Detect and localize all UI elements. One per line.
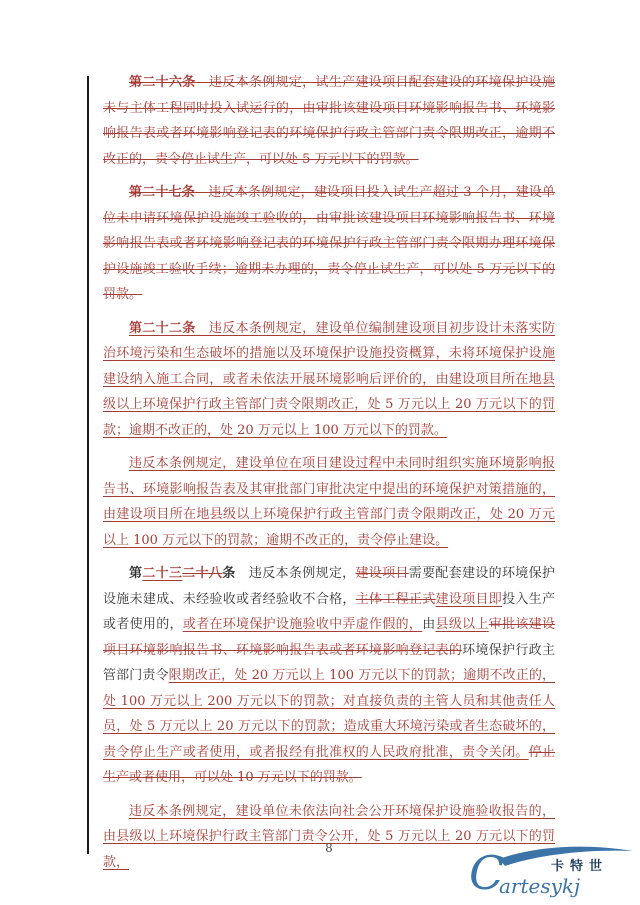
text-run: 县级以上 bbox=[436, 617, 489, 632]
text-run: 违反本条例规定，建设单位在项目建设过程中未同时组织实施环境影响报告书、环境影响报… bbox=[103, 456, 555, 548]
text-run: 第二十六条 bbox=[129, 75, 196, 90]
text-run: 违反本条例规定，建设单位编制建设项目初步设计未落实防治环境污染和生态破坏的措施以… bbox=[103, 321, 555, 438]
document-page: 第二十六条 违反本条例规定，试生产建设项目配套建设的环境保护设施未与主体工程同时… bbox=[0, 0, 640, 905]
text-run: 条 bbox=[222, 566, 235, 581]
text-run: 违反本条例规定， bbox=[236, 566, 356, 581]
paragraph-article-26-deleted: 第二十六条 违反本条例规定，试生产建设项目配套建设的环境保护设施未与主体工程同时… bbox=[103, 70, 555, 172]
text-run: 第二十二条 bbox=[129, 321, 196, 336]
text-run: 或者在环境保护设施验收中弄虚作假的， bbox=[183, 617, 422, 632]
revision-change-bar bbox=[87, 76, 89, 854]
text-run: 第 bbox=[129, 566, 142, 581]
text-run: 建设项目 bbox=[355, 566, 408, 581]
text-run: 第二十七条 bbox=[129, 185, 195, 200]
logo-cn-text: 卡特世 bbox=[551, 858, 608, 874]
text-run: 建设项目即 bbox=[436, 592, 503, 607]
text-run: 二十三 bbox=[142, 566, 182, 581]
cartesykj-logo: C 卡特世 artesykj bbox=[465, 839, 640, 901]
paragraph-article-22-inserted: 第二十二条 违反本条例规定，建设单位编制建设项目初步设计未落实防治环境污染和生态… bbox=[103, 316, 555, 444]
text-run: 由 bbox=[422, 617, 435, 632]
text-run: 限期改正，处 20 万元以上 100 万元以下的罚款；逾期不改正的，处 100 … bbox=[103, 668, 555, 760]
paragraph-article-23-amended: 第二十三二十八条 违反本条例规定，建设项目需要配套建设的环境保护设施未建成、未经… bbox=[103, 561, 555, 791]
text-run: 二十八 bbox=[182, 566, 222, 581]
paragraph-article-27-deleted: 第二十七条 违反本条例规定，建设项目投入试生产超过 3 个月，建设单位未申请环境… bbox=[103, 180, 555, 308]
text-run: 主体工程正式 bbox=[356, 592, 436, 607]
document-body: 第二十六条 违反本条例规定，试生产建设项目配套建设的环境保护设施未与主体工程同时… bbox=[103, 70, 555, 883]
text-run: 违反本条例规定，建设项目投入试生产超过 3 个月，建设单位未申请环境保护设施竣工… bbox=[103, 185, 555, 302]
paragraph-article-22-clause2-inserted: 违反本条例规定，建设单位在项目建设过程中未同时组织实施环境影响报告书、环境影响报… bbox=[103, 451, 555, 553]
logo-en-text: artesykj bbox=[499, 874, 580, 898]
